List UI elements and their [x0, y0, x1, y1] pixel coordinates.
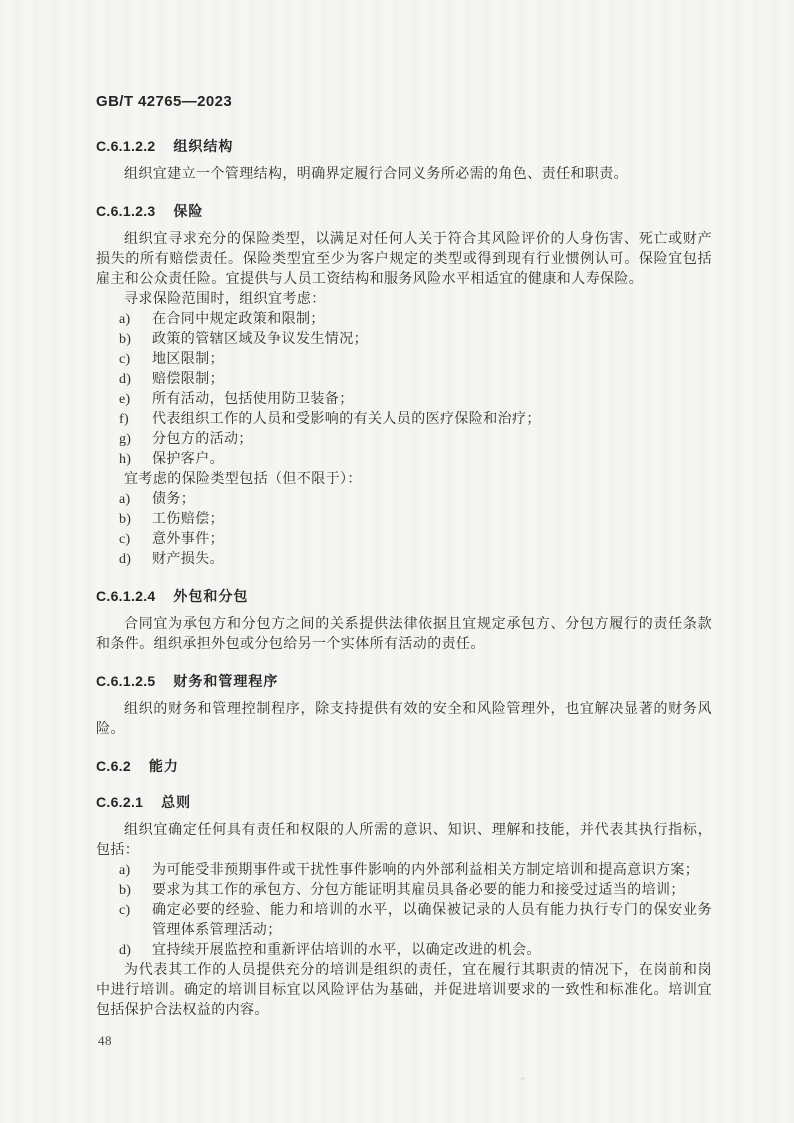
page-content: GB/T 42765—2023 C.6.1.2.2 组织结构 组织宜建立一个管理… [96, 92, 712, 1021]
list-item-label: d) [119, 550, 152, 570]
list-item: a) 债务； [96, 490, 712, 510]
list-item: b) 政策的管辖区域及争议发生情况； [96, 330, 712, 350]
competence-list: a) 为可能受非预期事件或干扰性事件影响的内外部利益相关方制定培训和提高意识方案… [96, 861, 712, 961]
document-page: GB/T 42765—2023 C.6.1.2.2 组织结构 组织宜建立一个管理… [0, 0, 794, 1123]
list-item-label: d) [119, 941, 152, 961]
list-item: f) 代表组织工作的人员和受影响的有关人员的医疗保险和治疗； [96, 410, 712, 430]
paragraph: 为代表其工作的人员提供充分的培训是组织的责任，宜在履行其职责的情况下，在岗前和岗… [96, 961, 712, 1021]
list-item: d) 赔偿限制； [96, 370, 712, 390]
list-item: c) 意外事件； [96, 530, 712, 550]
scan-speck [520, 1077, 525, 1080]
list-item-text: 政策的管辖区域及争议发生情况； [152, 330, 712, 350]
paragraph: 合同宜为承包方和分包方之间的关系提供法律依据且宜规定承包方、分包方履行的责任条款… [96, 615, 712, 655]
list-item-text: 赔偿限制； [152, 370, 712, 390]
list-item-text: 所有活动，包括使用防卫装备； [152, 390, 712, 410]
section-title: 保险 [173, 203, 203, 219]
list-item-label: f) [119, 410, 152, 430]
list-item-text: 财产损失。 [152, 550, 712, 570]
paragraph: 组织的财务和管理控制程序，除支持提供有效的安全和风险管理外，也宜解决显著的财务风… [96, 700, 712, 740]
section-number: C.6.1.2.5 [96, 673, 156, 689]
list-item: d) 财产损失。 [96, 550, 712, 570]
list-item-label: g) [119, 430, 152, 450]
list-item-label: c) [119, 901, 152, 921]
list-item-label: e) [119, 390, 152, 410]
list-item: c) 地区限制； [96, 350, 712, 370]
list-item-text: 保护客户。 [152, 450, 712, 470]
list-item-text: 工伤赔偿； [152, 510, 712, 530]
section-heading-c621: C.6.2.1 总则 [96, 792, 712, 812]
section-heading-c6123: C.6.1.2.3 保险 [96, 201, 712, 221]
insurance-considerations-list: a) 在合同中规定政策和限制； b) 政策的管辖区域及争议发生情况； c) 地区… [96, 310, 712, 470]
list-item-text: 确定必要的经验、能力和培训的水平，以确保被记录的人员有能力执行专门的保安业务管理… [152, 901, 712, 941]
list-item: d) 宜持续开展监控和重新评估培训的水平，以确定改进的机会。 [96, 941, 712, 961]
list-item-label: c) [119, 350, 152, 370]
section-title: 组织结构 [173, 138, 233, 154]
section-number: C.6.2 [96, 758, 131, 774]
list-item-label: d) [119, 370, 152, 390]
list-item: e) 所有活动，包括使用防卫装备； [96, 390, 712, 410]
section-number: C.6.1.2.3 [96, 203, 156, 219]
insurance-types-list: a) 债务； b) 工伤赔偿； c) 意外事件； d) 财产损失。 [96, 490, 712, 570]
section-heading-c62: C.6.2 能力 [96, 756, 712, 776]
list-item: b) 要求为其工作的承包方、分包方能证明其雇员具备必要的能力和接受过适当的培训； [96, 881, 712, 901]
section-title: 能力 [149, 758, 179, 774]
list-item: g) 分包方的活动； [96, 430, 712, 450]
list-item-text: 为可能受非预期事件或干扰性事件影响的内外部利益相关方制定培训和提高意识方案； [152, 861, 712, 881]
list-item-label: b) [119, 510, 152, 530]
paragraph: 组织宜确定任何具有责任和权限的人所需的意识、知识、理解和技能，并代表其执行指标，… [96, 821, 712, 861]
section-number: C.6.1.2.4 [96, 588, 156, 604]
section-number: C.6.2.1 [96, 794, 143, 810]
list-item-label: h) [119, 450, 152, 470]
list-item-label: c) [119, 530, 152, 550]
section-heading-c6122: C.6.1.2.2 组织结构 [96, 136, 712, 156]
paragraph: 寻求保险范围时，组织宜考虑： [96, 290, 712, 310]
section-title: 总则 [161, 794, 191, 810]
list-item-text: 地区限制； [152, 350, 712, 370]
list-item-label: b) [119, 881, 152, 901]
list-item-text: 债务； [152, 490, 712, 510]
list-item: h) 保护客户。 [96, 450, 712, 470]
section-heading-c6124: C.6.1.2.4 外包和分包 [96, 586, 712, 606]
list-item-label: a) [119, 310, 152, 330]
list-item: c) 确定必要的经验、能力和培训的水平，以确保被记录的人员有能力执行专门的保安业… [96, 901, 712, 941]
list-item-text: 宜持续开展监控和重新评估培训的水平，以确定改进的机会。 [152, 941, 712, 961]
list-item-text: 代表组织工作的人员和受影响的有关人员的医疗保险和治疗； [152, 410, 712, 430]
section-title: 财务和管理程序 [173, 673, 278, 689]
list-item-label: b) [119, 330, 152, 350]
paragraph: 组织宜寻求充分的保险类型，以满足对任何人关于符合其风险评价的人身伤害、死亡或财产… [96, 230, 712, 290]
list-item-text: 要求为其工作的承包方、分包方能证明其雇员具备必要的能力和接受过适当的培训； [152, 881, 712, 901]
section-title: 外包和分包 [173, 588, 248, 604]
page-number: 48 [98, 1031, 112, 1051]
list-item: a) 为可能受非预期事件或干扰性事件影响的内外部利益相关方制定培训和提高意识方案… [96, 861, 712, 881]
list-item-text: 在合同中规定政策和限制； [152, 310, 712, 330]
list-item-label: a) [119, 861, 152, 881]
paragraph: 宜考虑的保险类型包括（但不限于）： [96, 470, 712, 490]
list-item: b) 工伤赔偿； [96, 510, 712, 530]
paragraph: 组织宜建立一个管理结构，明确界定履行合同义务所必需的角色、责任和职责。 [96, 165, 712, 185]
section-number: C.6.1.2.2 [96, 138, 156, 154]
list-item-label: a) [119, 490, 152, 510]
doc-number-header: GB/T 42765—2023 [96, 92, 712, 112]
list-item: a) 在合同中规定政策和限制； [96, 310, 712, 330]
list-item-text: 分包方的活动； [152, 430, 712, 450]
list-item-text: 意外事件； [152, 530, 712, 550]
section-heading-c6125: C.6.1.2.5 财务和管理程序 [96, 671, 712, 691]
